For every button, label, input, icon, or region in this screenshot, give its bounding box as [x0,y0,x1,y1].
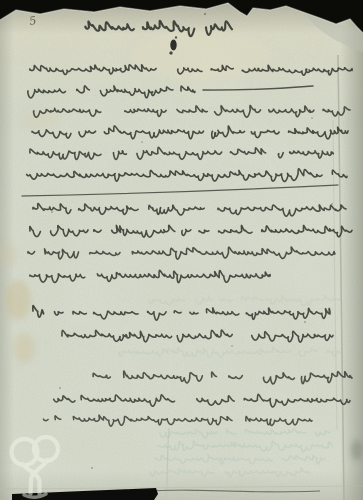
paper-stain [13,333,35,363]
manuscript-scan: 5 [0,0,363,500]
manuscript-page-svg: 5 [0,0,363,500]
paper-stain [130,30,270,80]
paper-stain [5,280,31,320]
paper-stain [351,440,363,460]
